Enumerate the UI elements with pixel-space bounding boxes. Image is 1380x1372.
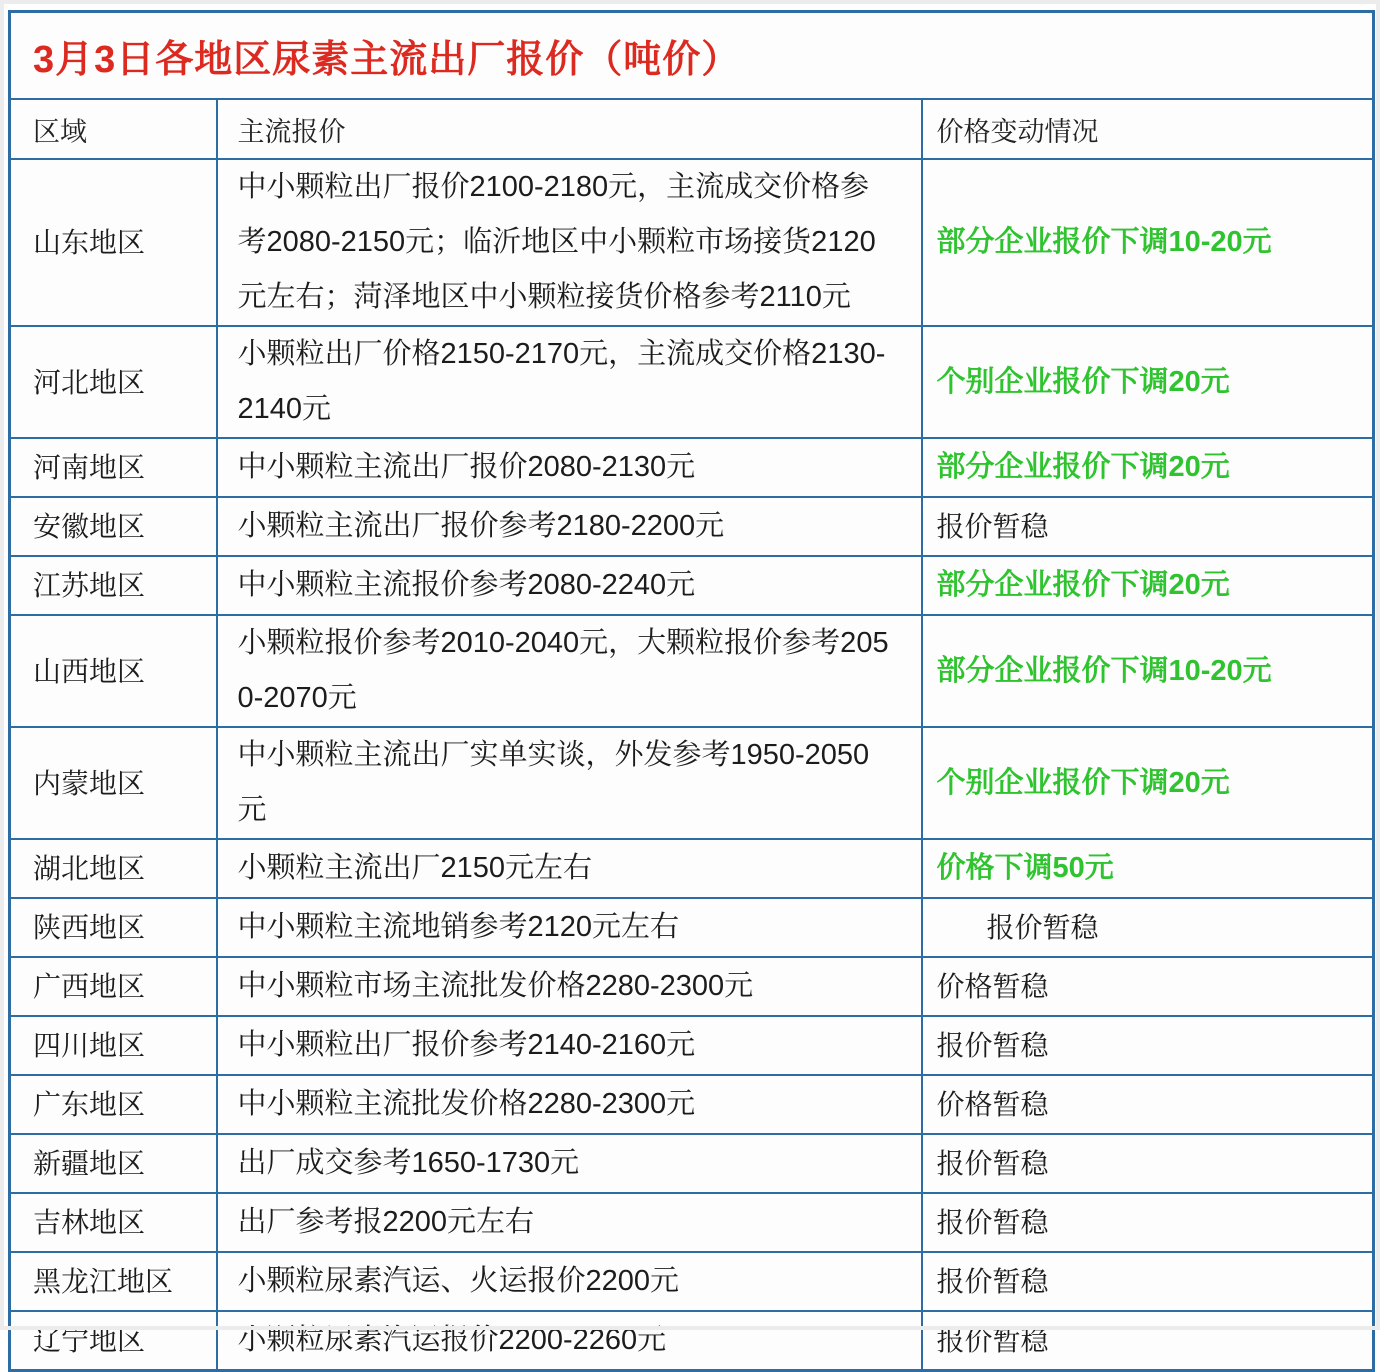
change-cell: 价格暂稳 (922, 1075, 1374, 1134)
quote-cell: 中小颗粒主流出厂实单实谈，外发参考1950-2050元 (217, 727, 922, 839)
change-cell: 价格暂稳 (922, 957, 1374, 1016)
change-cell: 部分企业报价下调20元 (922, 438, 1374, 497)
quote-cell: 中小颗粒出厂报价2100-2180元，主流成交价格参考2080-2150元；临沂… (217, 159, 922, 326)
change-cell: 报价暂稳 (922, 1134, 1374, 1193)
title-row: 3月3日各地区尿素主流出厂报价（吨价） (10, 12, 1374, 100)
table-row: 黑龙江地区 小颗粒尿素汽运、火运报价2200元 报价暂稳 (10, 1252, 1374, 1311)
quote-cell: 中小颗粒主流报价参考2080-2240元 (217, 556, 922, 615)
quote-cell: 小颗粒出厂价格2150-2170元，主流成交价格2130-2140元 (217, 326, 922, 438)
region-cell: 四川地区 (10, 1016, 217, 1075)
quote-cell: 中小颗粒主流批发价格2280-2300元 (217, 1075, 922, 1134)
region-cell: 新疆地区 (10, 1134, 217, 1193)
table-row: 新疆地区 出厂成交参考1650-1730元 报价暂稳 (10, 1134, 1374, 1193)
table-row: 四川地区 中小颗粒出厂报价参考2140-2160元 报价暂稳 (10, 1016, 1374, 1075)
region-cell: 辽宁地区 (10, 1311, 217, 1330)
region-cell: 广东地区 (10, 1075, 217, 1134)
table-row: 江苏地区 中小颗粒主流报价参考2080-2240元 部分企业报价下调20元 (10, 556, 1374, 615)
change-cell: 部分企业报价下调10-20元 (922, 159, 1374, 326)
urea-price-table: 3月3日各地区尿素主流出厂报价（吨价） 区域 主流报价 价格变动情况 山东地区 … (8, 10, 1375, 1330)
region-cell: 内蒙地区 (10, 727, 217, 839)
quote-cell: 小颗粒尿素汽运报价2200-2260元 (217, 1311, 922, 1330)
quote-cell: 小颗粒尿素汽运、火运报价2200元 (217, 1252, 922, 1311)
change-cell: 部分企业报价下调20元 (922, 556, 1374, 615)
quote-cell: 中小颗粒主流出厂报价2080-2130元 (217, 438, 922, 497)
change-cell: 报价暂稳 (922, 1193, 1374, 1252)
quote-cell: 小颗粒主流出厂报价参考2180-2200元 (217, 497, 922, 556)
region-cell: 山西地区 (10, 615, 217, 727)
table-row: 山东地区 中小颗粒出厂报价2100-2180元，主流成交价格参考2080-215… (10, 159, 1374, 326)
region-cell: 黑龙江地区 (10, 1252, 217, 1311)
change-cell: 报价暂稳 (922, 1311, 1374, 1330)
change-cell: 价格下调50元 (922, 839, 1374, 898)
change-cell: 报价暂稳 (922, 1016, 1374, 1075)
quote-cell: 中小颗粒出厂报价参考2140-2160元 (217, 1016, 922, 1075)
region-cell: 山东地区 (10, 159, 217, 326)
region-cell: 广西地区 (10, 957, 217, 1016)
quote-cell: 中小颗粒市场主流批发价格2280-2300元 (217, 957, 922, 1016)
column-header-change: 价格变动情况 (922, 99, 1374, 159)
region-cell: 河北地区 (10, 326, 217, 438)
table-body: 山东地区 中小颗粒出厂报价2100-2180元，主流成交价格参考2080-215… (10, 159, 1374, 1330)
page-title: 3月3日各地区尿素主流出厂报价（吨价） (10, 12, 1374, 100)
region-cell: 江苏地区 (10, 556, 217, 615)
table-row: 湖北地区 小颗粒主流出厂2150元左右 价格下调50元 (10, 839, 1374, 898)
table-row: 广东地区 中小颗粒主流批发价格2280-2300元 价格暂稳 (10, 1075, 1374, 1134)
table-row: 广西地区 中小颗粒市场主流批发价格2280-2300元 价格暂稳 (10, 957, 1374, 1016)
change-cell: 报价暂稳 (922, 497, 1374, 556)
change-cell: 报价暂稳 (922, 1252, 1374, 1311)
change-cell: 报价暂稳 (922, 898, 1374, 957)
region-cell: 河南地区 (10, 438, 217, 497)
table-row: 安徽地区 小颗粒主流出厂报价参考2180-2200元 报价暂稳 (10, 497, 1374, 556)
quote-cell: 出厂参考报2200元左右 (217, 1193, 922, 1252)
quote-cell: 中小颗粒主流地销参考2120元左右 (217, 898, 922, 957)
header-row: 区域 主流报价 价格变动情况 (10, 99, 1374, 159)
region-cell: 安徽地区 (10, 497, 217, 556)
table-row: 吉林地区 出厂参考报2200元左右 报价暂稳 (10, 1193, 1374, 1252)
quote-cell: 小颗粒报价参考2010-2040元，大颗粒报价参考2050-2070元 (217, 615, 922, 727)
column-header-quote: 主流报价 (217, 99, 922, 159)
table-row: 辽宁地区 小颗粒尿素汽运报价2200-2260元 报价暂稳 (10, 1311, 1374, 1330)
region-cell: 吉林地区 (10, 1193, 217, 1252)
region-cell: 湖北地区 (10, 839, 217, 898)
table-row: 河北地区 小颗粒出厂价格2150-2170元，主流成交价格2130-2140元 … (10, 326, 1374, 438)
region-cell: 陕西地区 (10, 898, 217, 957)
change-cell: 个别企业报价下调20元 (922, 326, 1374, 438)
table-row: 山西地区 小颗粒报价参考2010-2040元，大颗粒报价参考2050-2070元… (10, 615, 1374, 727)
quote-cell: 出厂成交参考1650-1730元 (217, 1134, 922, 1193)
change-cell: 部分企业报价下调10-20元 (922, 615, 1374, 727)
quote-cell: 小颗粒主流出厂2150元左右 (217, 839, 922, 898)
column-header-region: 区域 (10, 99, 217, 159)
table-row: 河南地区 中小颗粒主流出厂报价2080-2130元 部分企业报价下调20元 (10, 438, 1374, 497)
table-row: 内蒙地区 中小颗粒主流出厂实单实谈，外发参考1950-2050元 个别企业报价下… (10, 727, 1374, 839)
table-row: 陕西地区 中小颗粒主流地销参考2120元左右 报价暂稳 (10, 898, 1374, 957)
change-cell: 个别企业报价下调20元 (922, 727, 1374, 839)
